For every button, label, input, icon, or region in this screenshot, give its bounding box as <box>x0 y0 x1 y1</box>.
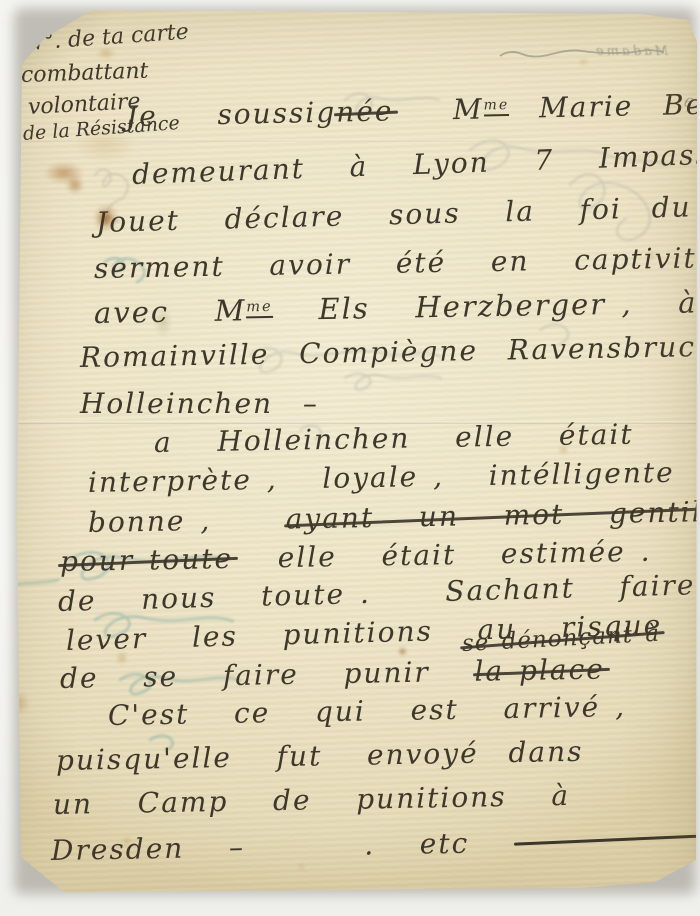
struck-out-text: née <box>336 94 394 128</box>
handwriting-line: avec Mme Els Herzberger , à <box>94 288 698 328</box>
struck-out-text: ayant un mot gentil <box>285 495 700 535</box>
struck-out-text: la place <box>474 652 605 687</box>
text-run: M <box>393 93 484 128</box>
text-run: Marie Besson <box>509 86 700 125</box>
text-run: un Camp de punitions à <box>53 779 571 821</box>
handwriting-line: C'est ce qui est arrivé , <box>108 693 627 730</box>
text-run: Romainville Compiègne Ravensbruch <box>80 330 700 374</box>
text-run: puisqu'elle fut envoyé dans <box>56 735 584 777</box>
struck-out-text: pour toute <box>60 542 234 578</box>
handwriting-line: Jouet déclare sous la foi du <box>96 193 692 237</box>
text-run: Dresden – . etc <box>51 826 515 867</box>
handwriting-line: puisqu'elle fut envoyé dans <box>56 738 584 775</box>
letter-paper: Madame 6 N°. de ta cartecombattantvolont… <box>0 0 700 916</box>
text-run: de se faire punir <box>60 655 475 695</box>
text-run: avec M <box>94 293 247 330</box>
letter-body: Je soussignée Mme Marie Bessondemeurant … <box>0 0 700 916</box>
handwriting-line: bonne , ayant un mot gentil <box>88 498 700 537</box>
text-run: elle était estimée . <box>233 535 652 575</box>
text-run: serment avoir été en captivité <box>94 241 700 285</box>
handwriting-line: un Camp de punitions à <box>53 782 570 819</box>
text-run: Els Herzberger , à <box>272 285 697 326</box>
handwriting-line: Dresden – . etc <box>51 825 700 865</box>
scan-background: Madame 6 N°. de ta cartecombattantvolont… <box>0 0 700 916</box>
superscript-text: me <box>246 298 273 317</box>
handwriting-line: pour toute elle était estimée . <box>60 538 652 576</box>
text-run: Jouet déclare sous la foi du <box>96 190 692 239</box>
handwriting-line: demeurant à Lyon 7 Impasse <box>132 140 700 189</box>
superscript-text: me <box>483 97 509 117</box>
text-run: Holleinchen – <box>80 387 319 420</box>
handwriting-line: Romainville Compiègne Ravensbruch <box>80 333 700 372</box>
text-run: interprète , loyale , intélligente <box>88 456 675 499</box>
handwriting-line: serment avoir été en captivité <box>94 244 700 283</box>
handwriting-line: a Holleinchen elle était <box>154 421 634 457</box>
handwriting-line: Je soussignée Mme Marie Besson <box>126 89 700 131</box>
handwriting-line: interprète , loyale , intélligente <box>88 459 675 497</box>
long-dash-stroke <box>514 833 700 845</box>
text-run: a Holleinchen elle était <box>154 418 634 459</box>
text-run: bonne , <box>88 503 286 539</box>
handwriting-line: de se faire punir la place <box>60 655 605 693</box>
text-run: Je soussig <box>126 96 337 133</box>
text-run: C'est ce qui est arrivé , <box>108 690 627 732</box>
text-run: demeurant à Lyon 7 Impasse <box>131 137 700 191</box>
handwriting-line: Holleinchen – <box>80 390 319 418</box>
